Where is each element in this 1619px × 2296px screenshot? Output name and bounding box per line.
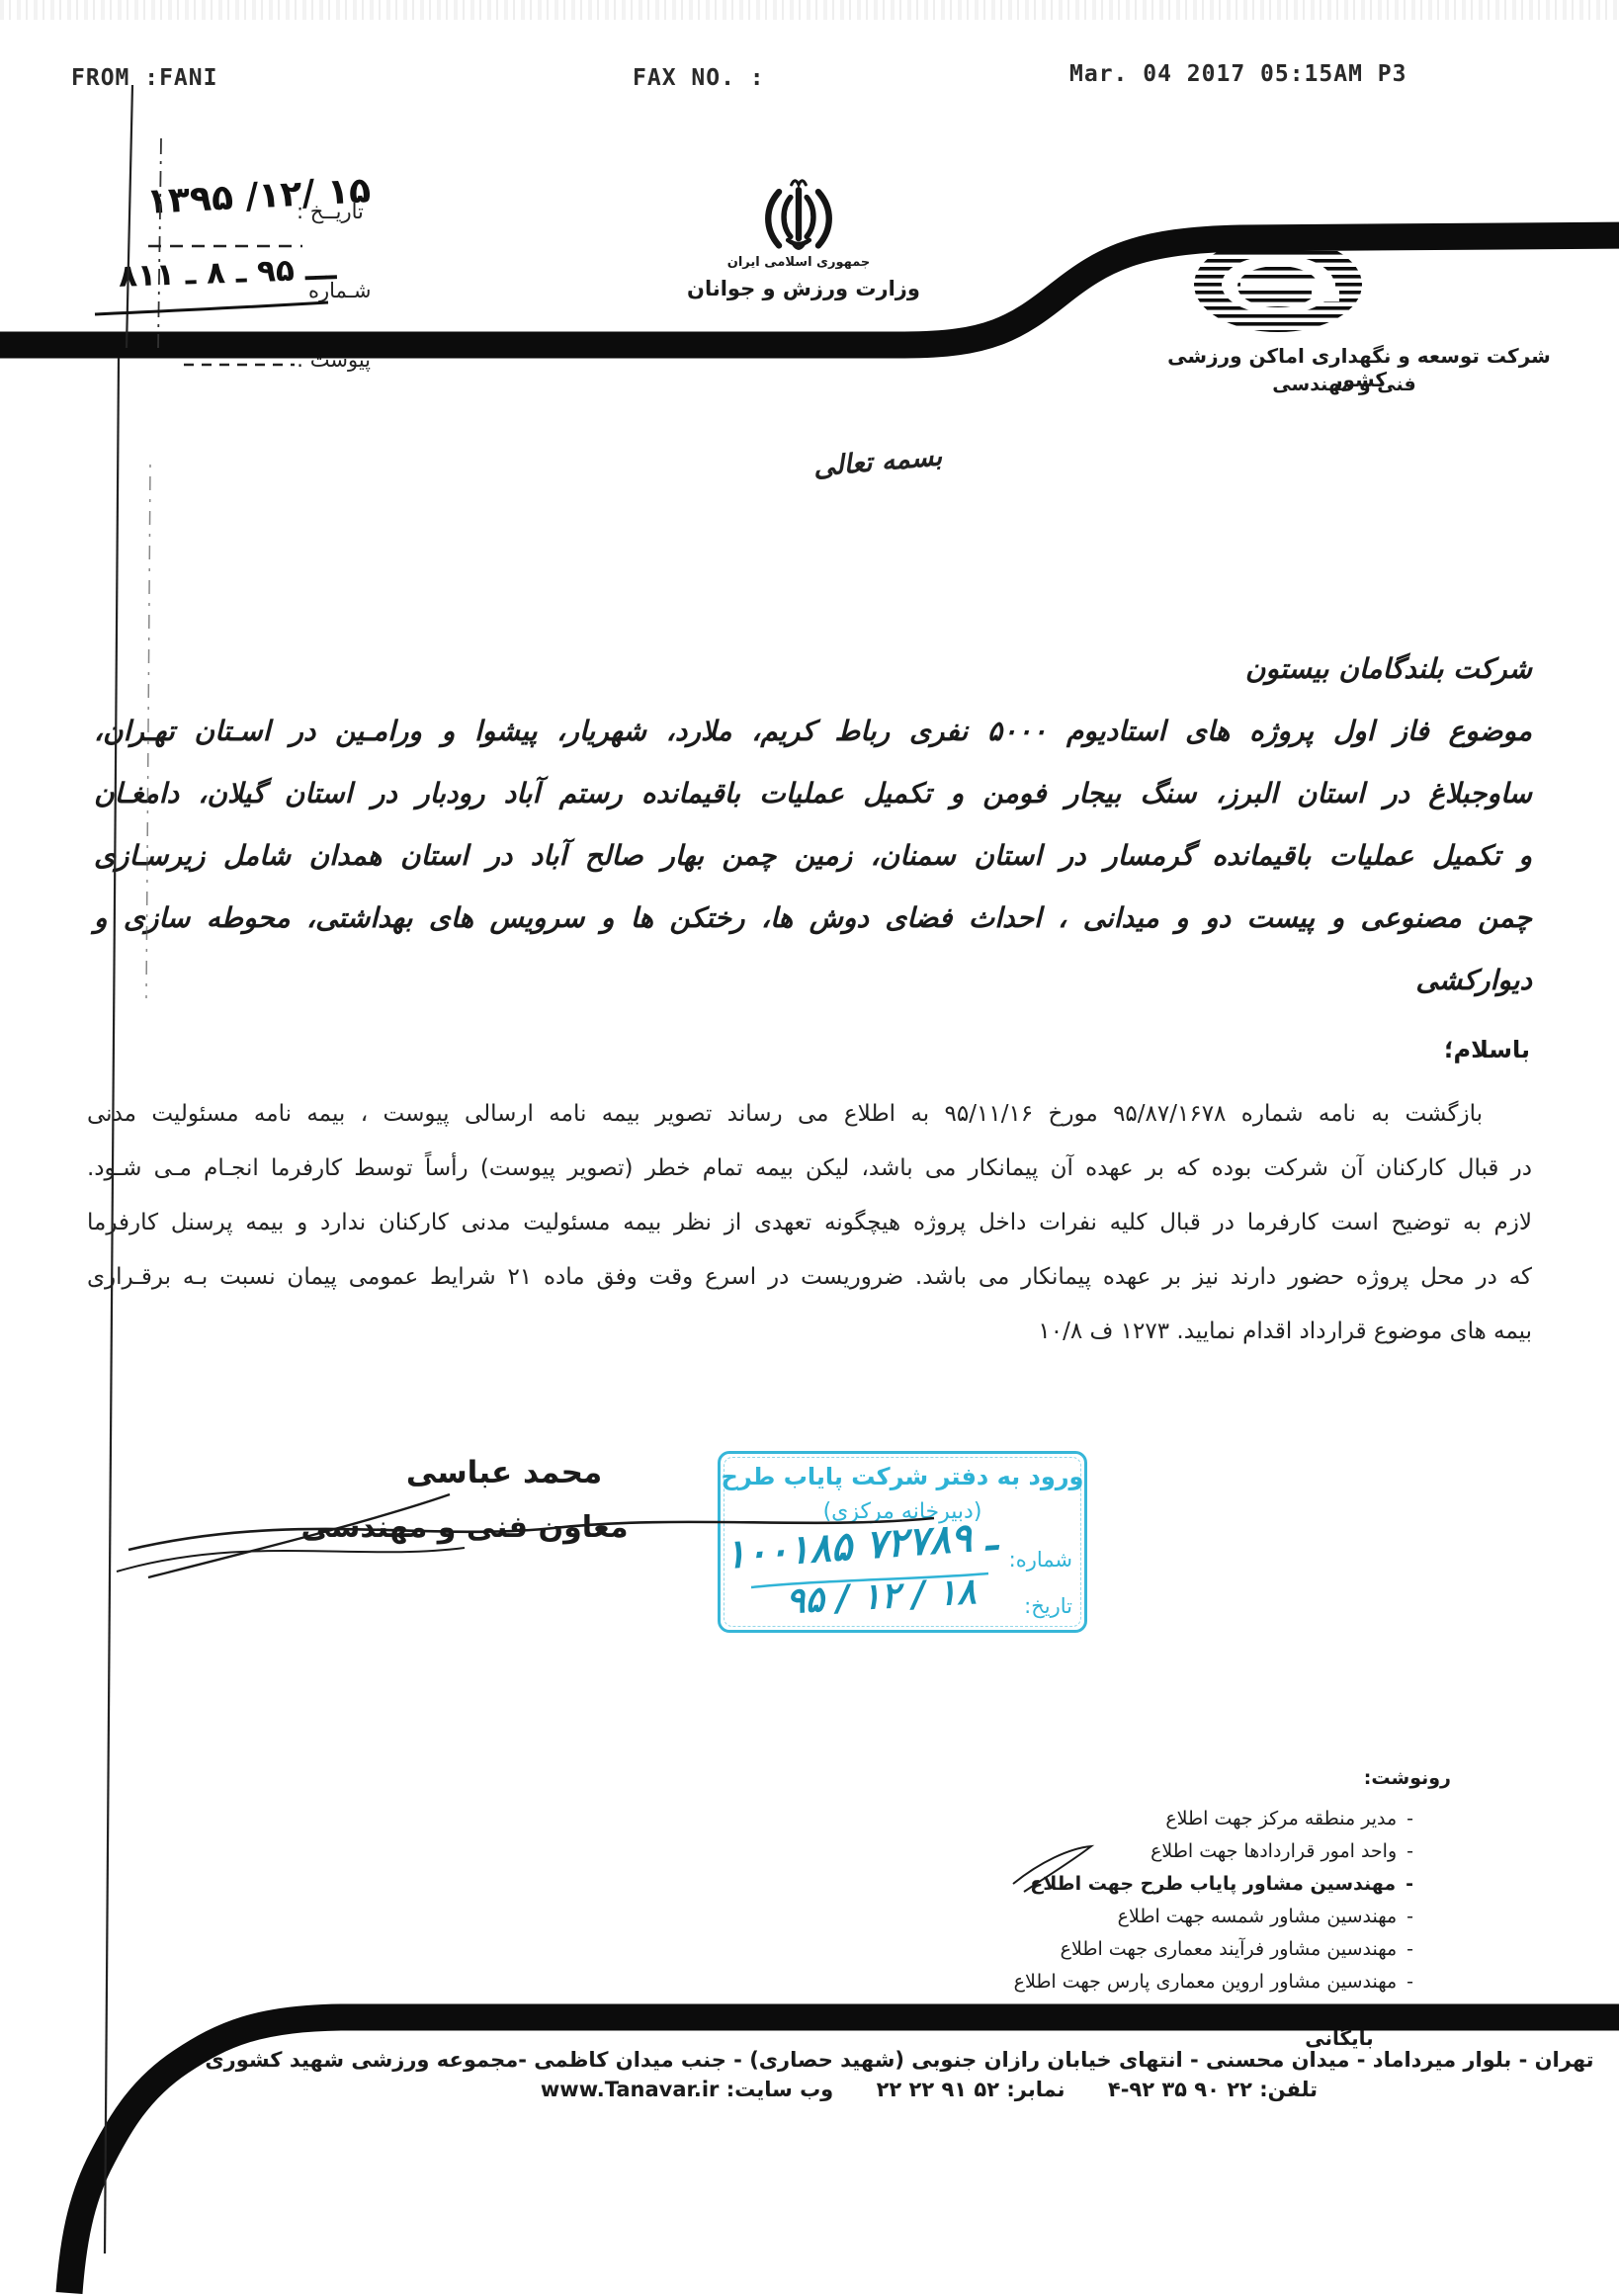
cc-item: -مهندسین مشاور فرآیند معماری جهت اطلاع: [593, 1933, 1413, 1966]
cc-item-text: مهندسین مشاور اروین معماری پارس جهت اطلا…: [1014, 1971, 1398, 1993]
cc-item-text: مدیر منطقه مرکز جهت اطلاع: [1165, 1808, 1397, 1829]
company-division: فنی و مهندسی: [1137, 374, 1552, 395]
body-line: که در محل پروژه حضور دارند نیز بر عهده پ…: [87, 1250, 1532, 1305]
company-logo-icon: [1191, 235, 1365, 334]
cc-title: رونوشت:: [1362, 1767, 1451, 1789]
besmele-text: بسمه تعالی: [808, 441, 948, 483]
cc-item-text: مهندسین مشاور پایاب طرح جهت اطلاع: [1030, 1873, 1396, 1895]
subject-line: موضوع فاز اول پروژه های استادیوم ۵۰۰۰ نف…: [94, 700, 1532, 762]
attachment-label: پیوست :: [297, 348, 387, 372]
cc-item: -مهندسین مشاور شمسه جهت اطلاع: [593, 1901, 1413, 1933]
cc-dash: -: [1397, 1906, 1413, 1927]
footer-fax: نمابر: ۲۲ ۲۲ ۹۱ ۵۲: [859, 2078, 1083, 2101]
subject-line: و تکمیل عملیات باقیمانده گرمسار در استان…: [94, 824, 1532, 887]
fax-number-label: FAX NO. :: [633, 65, 765, 91]
recipient-name: شرکت بلندگامان بیستون: [94, 638, 1532, 700]
stamp-title: ورود به دفتر شرکت پایاب طرح: [721, 1463, 1084, 1490]
fax-scan-noise: [0, 0, 1619, 20]
cc-dash: -: [1397, 1840, 1413, 1862]
signatory-name: محمد عباسی: [376, 1455, 633, 1490]
ministry-name: وزارت ورزش و جوانان: [675, 277, 932, 300]
cc-item: -مهندسین مشاور پایاب طرح جهت اطلاع: [593, 1868, 1413, 1901]
archive-note: بایگانی: [1285, 2026, 1394, 2050]
body-line: بیمه های موضوع قرارداد اقدام نمایید. ۱۲۷…: [87, 1305, 1532, 1359]
number-label: شـماره: [308, 279, 387, 302]
stamp-subtitle: (دبیرخانه مرکزی): [721, 1499, 1084, 1524]
stamp-number-label: شماره:: [1009, 1548, 1072, 1572]
body-line: بازگشت به نامه شماره ۹۵/۸۷/۱۶۷۸ مورخ ۹۵/…: [87, 1087, 1532, 1142]
footer-contacts: تلفن: ۴-۹۲ ۳۵ ۹۰ ۲۲ نمابر: ۲۲ ۲۲ ۹۱ ۵۲ و…: [237, 2078, 1619, 2101]
stamp-date-handwritten: ۹۵ / ۱۲ / ۱۸: [785, 1572, 977, 1622]
cc-item: -مدیر منطقه مرکز جهت اطلاع: [593, 1803, 1413, 1835]
subject-block: شرکت بلندگامان بیستون موضوع فاز اول پروژ…: [94, 638, 1532, 1011]
footer-web: وب سایت: www.Tanavar.ir: [523, 2078, 851, 2101]
stamp-number-handwritten: ۱۰۰۱۸۵ ـ ۷۲۷۸۹: [724, 1513, 998, 1577]
subject-line: چمن مصنوعی و پیست دو و میدانی ، احداث فض…: [94, 887, 1532, 949]
date-label: تاریــخ :: [297, 200, 387, 223]
cc-list: -مدیر منطقه مرکز جهت اطلاع -واحد امور قر…: [593, 1803, 1413, 2031]
salutation: باسلام؛: [1382, 1036, 1530, 1063]
cc-dash: -: [1397, 1808, 1413, 1829]
receipt-stamp: ورود به دفتر شرکت پایاب طرح (دبیرخانه مر…: [718, 1451, 1087, 1633]
phone-value: ۴-۹۲ ۳۵ ۹۰ ۲۲: [1108, 2078, 1252, 2101]
signature-scrawl: [117, 1548, 465, 1572]
cc-dash: -: [1397, 2003, 1413, 2025]
body-paragraph: بازگشت به نامه شماره ۹۵/۸۷/۱۶۷۸ مورخ ۹۵/…: [87, 1087, 1532, 1359]
cc-dash: -: [1397, 1971, 1413, 1993]
footer-address: تهران - بلوار میرداماد - میدان محسنی - ا…: [188, 2048, 1611, 2072]
number-field-scrawl: [95, 302, 328, 314]
fax-value: ۲۲ ۲۲ ۹۱ ۵۲: [877, 2078, 999, 2101]
body-line: در قبال کارکنان آن شرکت بوده که بر عهده …: [87, 1142, 1532, 1196]
cc-item: -مهندسین مشاور اروین معماری پارس جهت اطل…: [593, 1966, 1413, 1998]
phone-label: تلفن:: [1259, 2078, 1318, 2101]
subject-line: ساوجبلاغ در استان البرز، سنگ بیجار فومن …: [94, 762, 1532, 824]
footer-phone: تلفن: ۴-۹۲ ۳۵ ۹۰ ۲۲: [1090, 2078, 1335, 2101]
emblem-country-text: جمهوری اسلامی ایران: [705, 255, 893, 270]
margin-line-top: [127, 85, 132, 348]
cc-item-text: مهندسین مشاور پی خاک بوم جهت اطلاع: [1077, 2003, 1397, 2025]
iran-emblem-icon: [751, 174, 846, 259]
cc-item-text: واحد امور قراردادها جهت اطلاع: [1150, 1840, 1397, 1862]
fold-mark-top: [158, 138, 161, 348]
cc-item: -واحد امور قراردادها جهت اطلاع: [593, 1835, 1413, 1868]
fax-timestamp: Mar. 04 2017 05:15AM P3: [1069, 61, 1407, 87]
cc-item-text: مهندسین مشاور فرآیند معماری جهت اطلاع: [1061, 1938, 1397, 1960]
number-value-handwritten: ـــ ۹۵ ـ ۸ ـ ۸۱۱: [118, 251, 337, 295]
fax-page: FROM :FANI FAX NO. : Mar. 04 2017 05:15A…: [0, 0, 1619, 2296]
cc-dash: -: [1397, 1938, 1413, 1960]
body-line: لازم به توضیح است کارفرما در قبال کلیه ن…: [87, 1196, 1532, 1250]
website-url: www.Tanavar.ir: [541, 2078, 720, 2101]
signatory-title: معاون فنی و مهندسی: [297, 1510, 633, 1545]
subject-line: دیوارکشی: [94, 949, 1532, 1011]
fax-from: FROM :FANI: [71, 65, 217, 91]
cc-item-text: مهندسین مشاور شمسه جهت اطلاع: [1118, 1906, 1397, 1927]
cc-dash: -: [1396, 1873, 1413, 1895]
fax-label: نمابر:: [1006, 2078, 1065, 2101]
web-label: وب سایت:: [726, 2078, 834, 2101]
stamp-date-label: تاریخ:: [1024, 1594, 1072, 1618]
